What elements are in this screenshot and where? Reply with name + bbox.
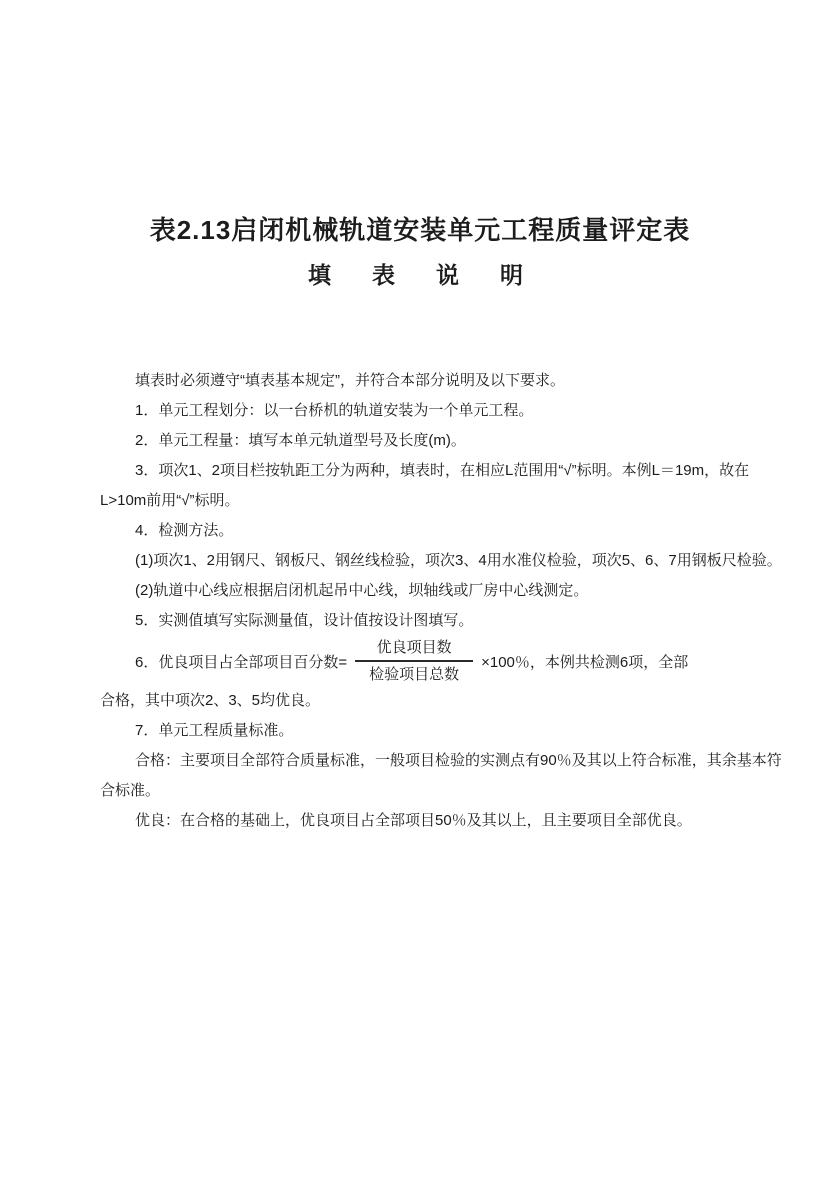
paragraph-item3-line2: L>10m前用“√”标明。: [100, 486, 740, 516]
fraction-numerator: 优良项目数: [377, 639, 452, 660]
page-title: 表2.13启闭机械轨道安装单元工程质量评定表: [100, 214, 740, 246]
paragraph-item4: 4．检测方法。: [100, 516, 740, 546]
paragraph-item7-hege-line2: 合标准。: [100, 776, 740, 806]
page-subtitle: 填 表 说 明: [100, 260, 740, 290]
paragraph-item5: 5．实测值填写实际测量值，设计值按设计图填写。: [100, 606, 740, 636]
paragraph-item7: 7．单元工程质量标准。: [100, 716, 740, 746]
paragraph-item3-line1: 3．项次1、2项目栏按轨距工分为两种，填表时，在相应L范围用“√”标明。本例L＝…: [100, 456, 740, 486]
formula-suffix: ×100％，本例共检测6项，全部: [481, 651, 688, 672]
paragraph-item2: 2．单元工程量：填写本单元轨道型号及长度(m)。: [100, 426, 740, 456]
paragraph-item7-youliang: 优良：在合格的基础上，优良项目占全部项目50％及其以上，且主要项目全部优良。: [100, 806, 740, 836]
paragraph-item4-sub1: (1)项次1、2用钢尺、钢板尺、钢丝线检验，项次3、4用水准仪检验，项次5、6、…: [100, 546, 740, 576]
formula-prefix: 6．优良项目占全部项目百分数=: [135, 651, 347, 672]
paragraph-item1: 1．单元工程划分：以一台桥机的轨道安装为一个单元工程。: [100, 396, 740, 426]
body-text: 填表时必须遵守“填表基本规定”，并符合本部分说明及以下要求。 1．单元工程划分：…: [100, 366, 740, 836]
paragraph-item4-sub2: (2)轨道中心线应根据启闭机起吊中心线，坝轴线或厂房中心线测定。: [100, 576, 740, 606]
paragraph-item6-continuation: 合格，其中项次2、3、5均优良。: [100, 686, 740, 716]
paragraph-intro: 填表时必须遵守“填表基本规定”，并符合本部分说明及以下要求。: [100, 366, 740, 396]
fraction: 优良项目数 检验项目总数: [355, 639, 473, 684]
paragraph-item7-hege-line1: 合格：主要项目全部符合质量标准，一般项目检验的实测点有90％及其以上符合标准，其…: [100, 746, 740, 776]
document-content: 表2.13启闭机械轨道安装单元工程质量评定表 填 表 说 明 填表时必须遵守“填…: [100, 0, 740, 836]
paragraph-item6-formula: 6．优良项目占全部项目百分数= 优良项目数 检验项目总数 ×100％，本例共检测…: [100, 636, 740, 686]
fraction-denominator: 检验项目总数: [369, 662, 459, 684]
document-page: 表2.13启闭机械轨道安装单元工程质量评定表 填 表 说 明 填表时必须遵守“填…: [0, 0, 838, 1186]
